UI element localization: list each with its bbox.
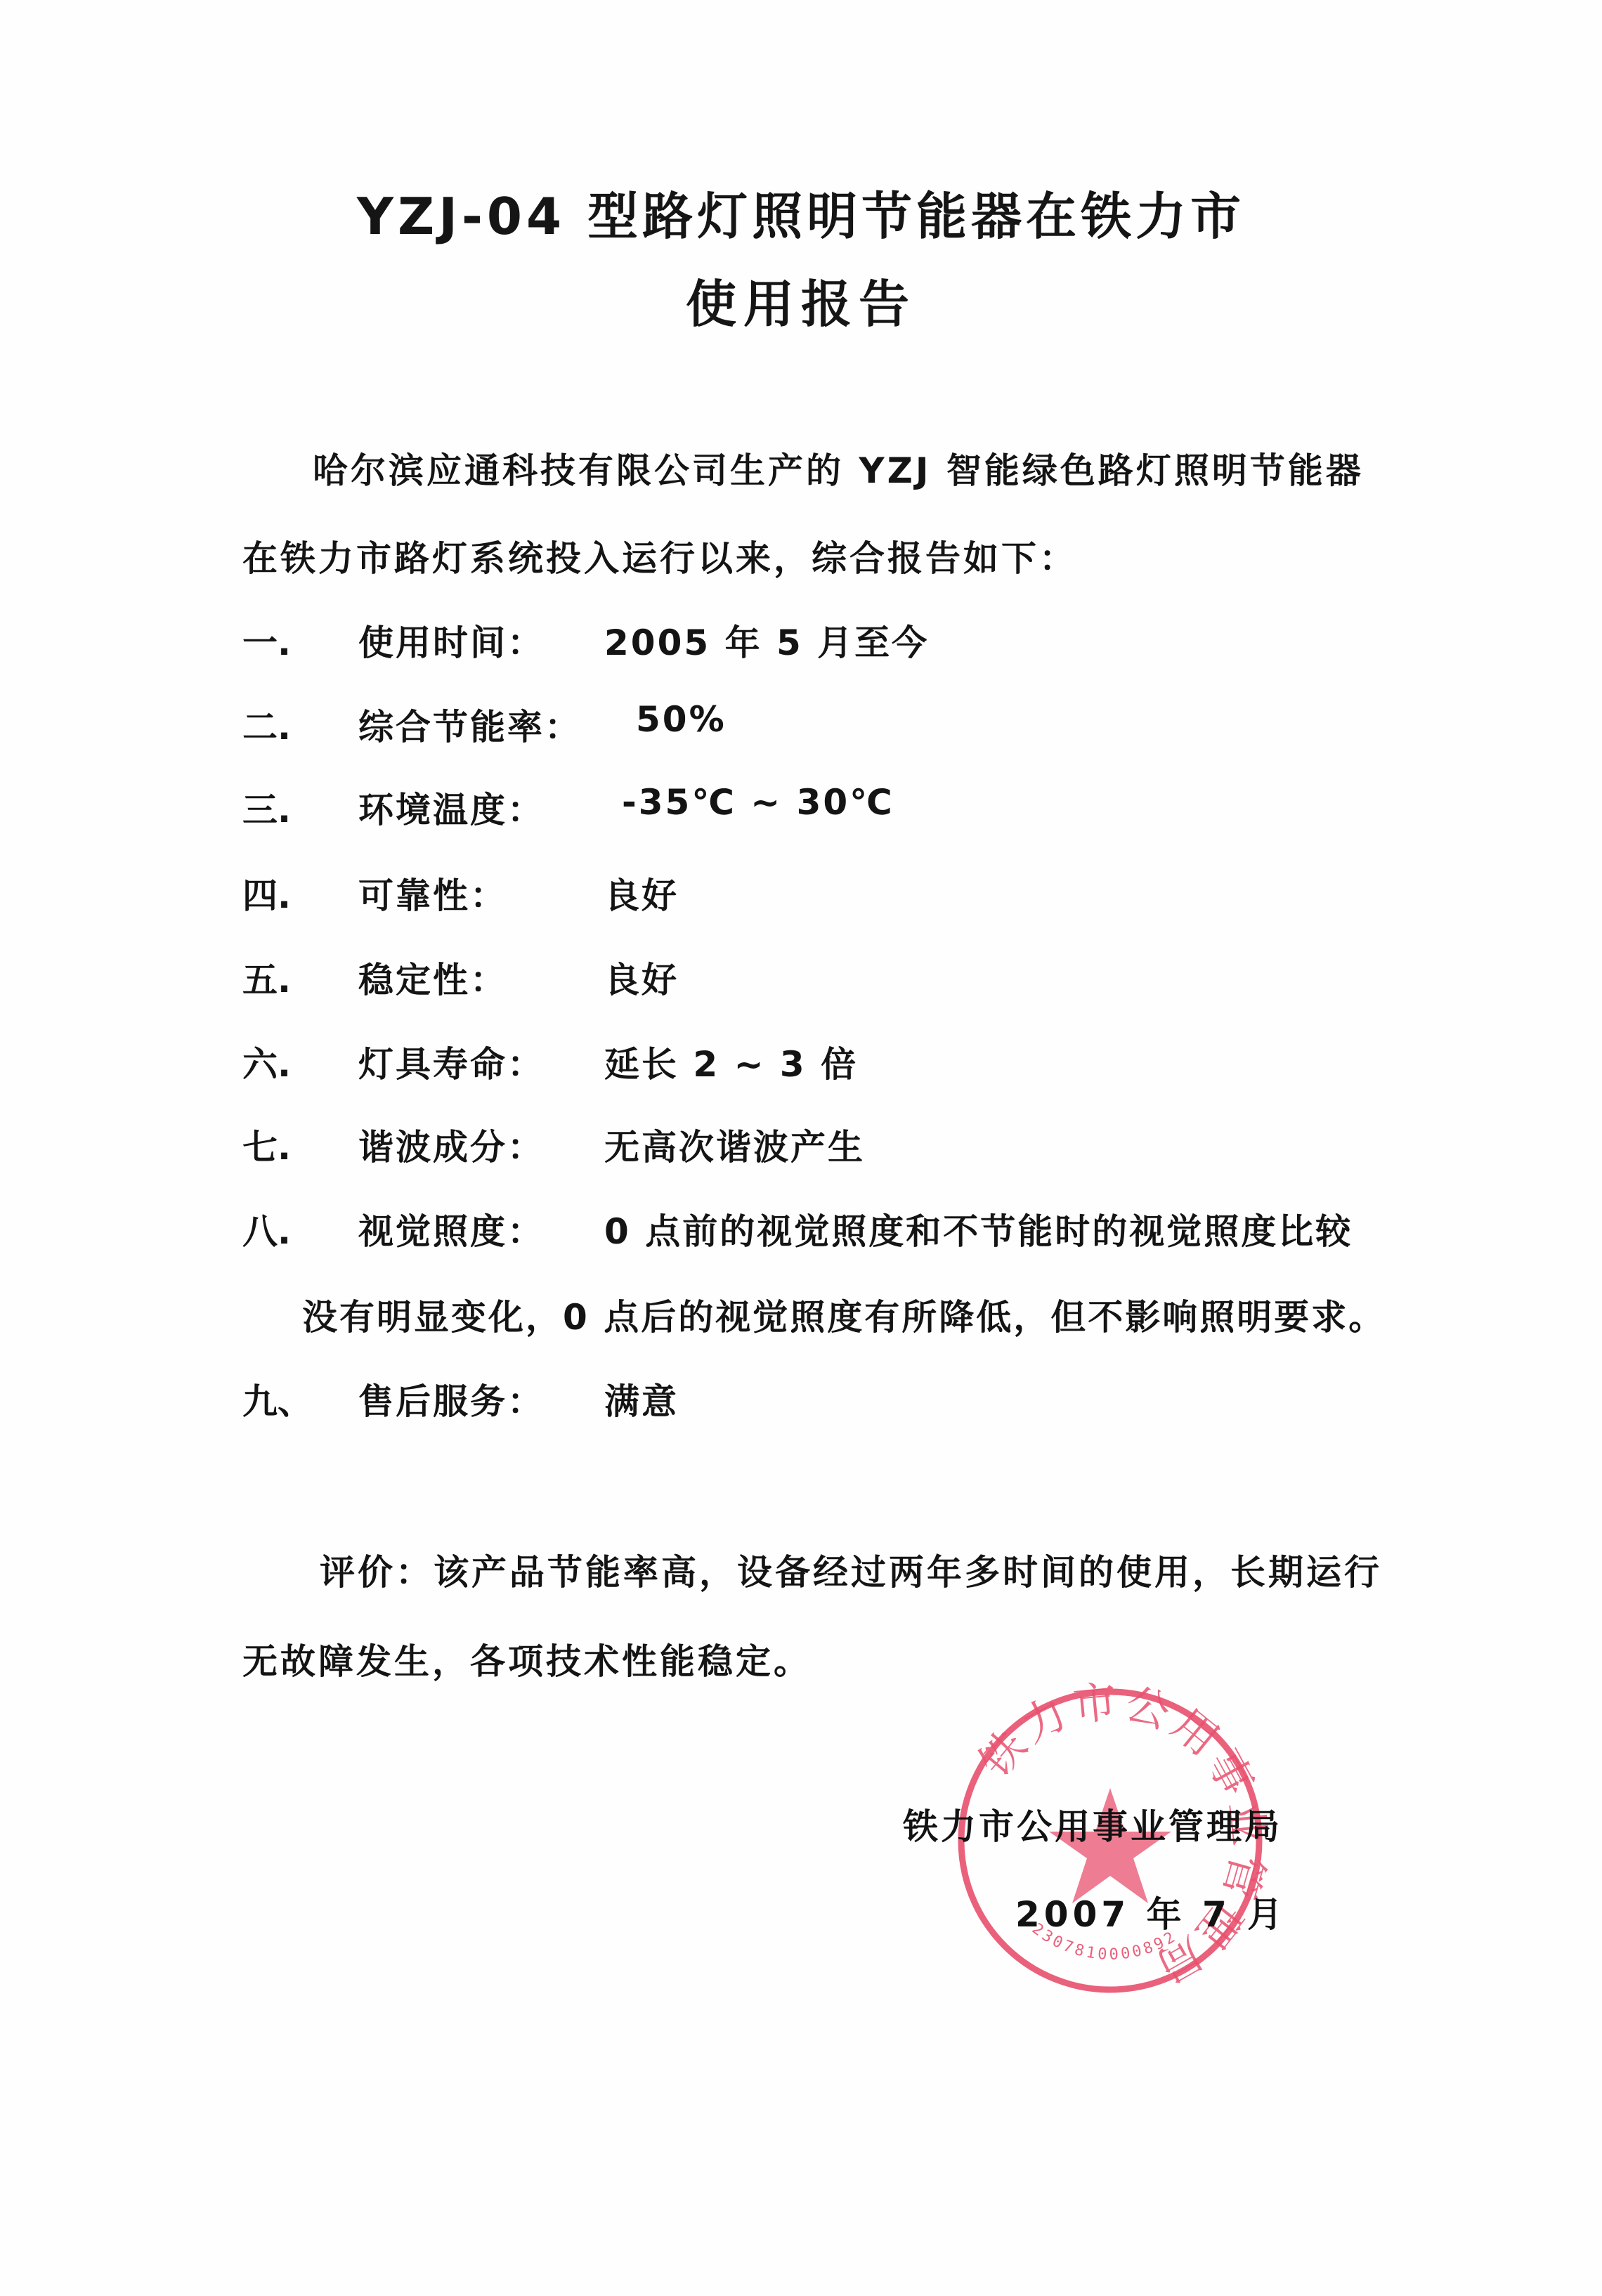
item-label: 可靠性： [358, 868, 507, 918]
report-item-after-sales-service: 九、 售后服务： 满意 [0, 1374, 1602, 1423]
item-value: 50% [636, 699, 727, 740]
item-number: 九、 [242, 1374, 313, 1424]
item-label: 灯具寿命： [358, 1036, 545, 1087]
item-number: 三. [242, 782, 291, 833]
item-number: 四. [242, 868, 291, 918]
report-item-lamp-lifespan: 六. 灯具寿命： 延长 2 ~ 3 倍 [0, 1036, 1602, 1085]
item-number: 七. [242, 1119, 291, 1170]
item-label: 售后服务： [358, 1374, 545, 1424]
document-page: YZJ-04 型路灯照明节能器在铁力市 使用报告 哈尔滨应通科技有限公司生产的 … [0, 0, 1602, 2296]
item-label: 使用时间： [358, 615, 545, 665]
document-title-line-2: 使用报告 [0, 263, 1602, 337]
item-label: 视觉照度： [358, 1204, 545, 1254]
item-value: 满意 [604, 1374, 679, 1424]
item-value: 良好 [604, 952, 679, 1003]
item-number: 二. [242, 699, 291, 750]
item-value: 0 点前的视觉照度和不节能时的视觉照度比较 [604, 1204, 1353, 1254]
item-value: 无高次谐波产生 [604, 1119, 865, 1170]
item-label: 环境温度： [358, 782, 545, 833]
item-value: -35℃ ~ 30℃ [622, 782, 894, 823]
report-item-harmonic-content: 七. 谐波成分： 无高次谐波产生 [0, 1119, 1602, 1168]
evaluation-line-2: 无故障发生，各项技术性能稳定。 [242, 1633, 812, 1684]
item-number: 八. [242, 1204, 291, 1254]
item-number: 一. [242, 615, 291, 665]
evaluation-line-1: 评价：该产品节能率高，设备经过两年多时间的使用，长期运行 [320, 1544, 1382, 1595]
item-value: 2005 年 5 月至今 [604, 615, 929, 665]
intro-paragraph-line-2: 在铁力市路灯系统投入运行以来，综合报告如下： [242, 530, 1077, 581]
item-label: 谐波成分： [358, 1119, 545, 1170]
signing-date: 2007 年 7 月 [1015, 1886, 1287, 1937]
item-number: 六. [242, 1036, 291, 1087]
item-value: 良好 [604, 868, 679, 918]
intro-paragraph-line-1: 哈尔滨应通科技有限公司生产的 YZJ 智能绿色路灯照明节能器 [313, 443, 1364, 493]
item-label: 稳定性： [358, 952, 507, 1003]
report-item-energy-saving-rate: 二. 综合节能率： 50% [0, 699, 1602, 748]
report-item-usage-time: 一. 使用时间： 2005 年 5 月至今 [0, 615, 1602, 664]
report-item-ambient-temperature: 三. 环境温度： -35℃ ~ 30℃ [0, 782, 1602, 831]
document-title-line-1: YZJ-04 型路灯照明节能器在铁力市 [0, 176, 1602, 249]
report-item-reliability: 四. 可靠性： 良好 [0, 868, 1602, 917]
item-label: 综合节能率： [358, 699, 582, 750]
signing-organization: 铁力市公用事业管理局 [903, 1799, 1282, 1849]
report-item-visual-illuminance: 八. 视觉照度： 0 点前的视觉照度和不节能时的视觉照度比较 [0, 1204, 1602, 1253]
item-number: 五. [242, 952, 291, 1003]
item-value: 延长 2 ~ 3 倍 [604, 1036, 858, 1087]
report-item-stability: 五. 稳定性： 良好 [0, 952, 1602, 1001]
report-item-visual-illuminance-continuation: 没有明显变化，0 点后的视觉照度有所降低，但不影响照明要求。 [302, 1289, 1386, 1340]
